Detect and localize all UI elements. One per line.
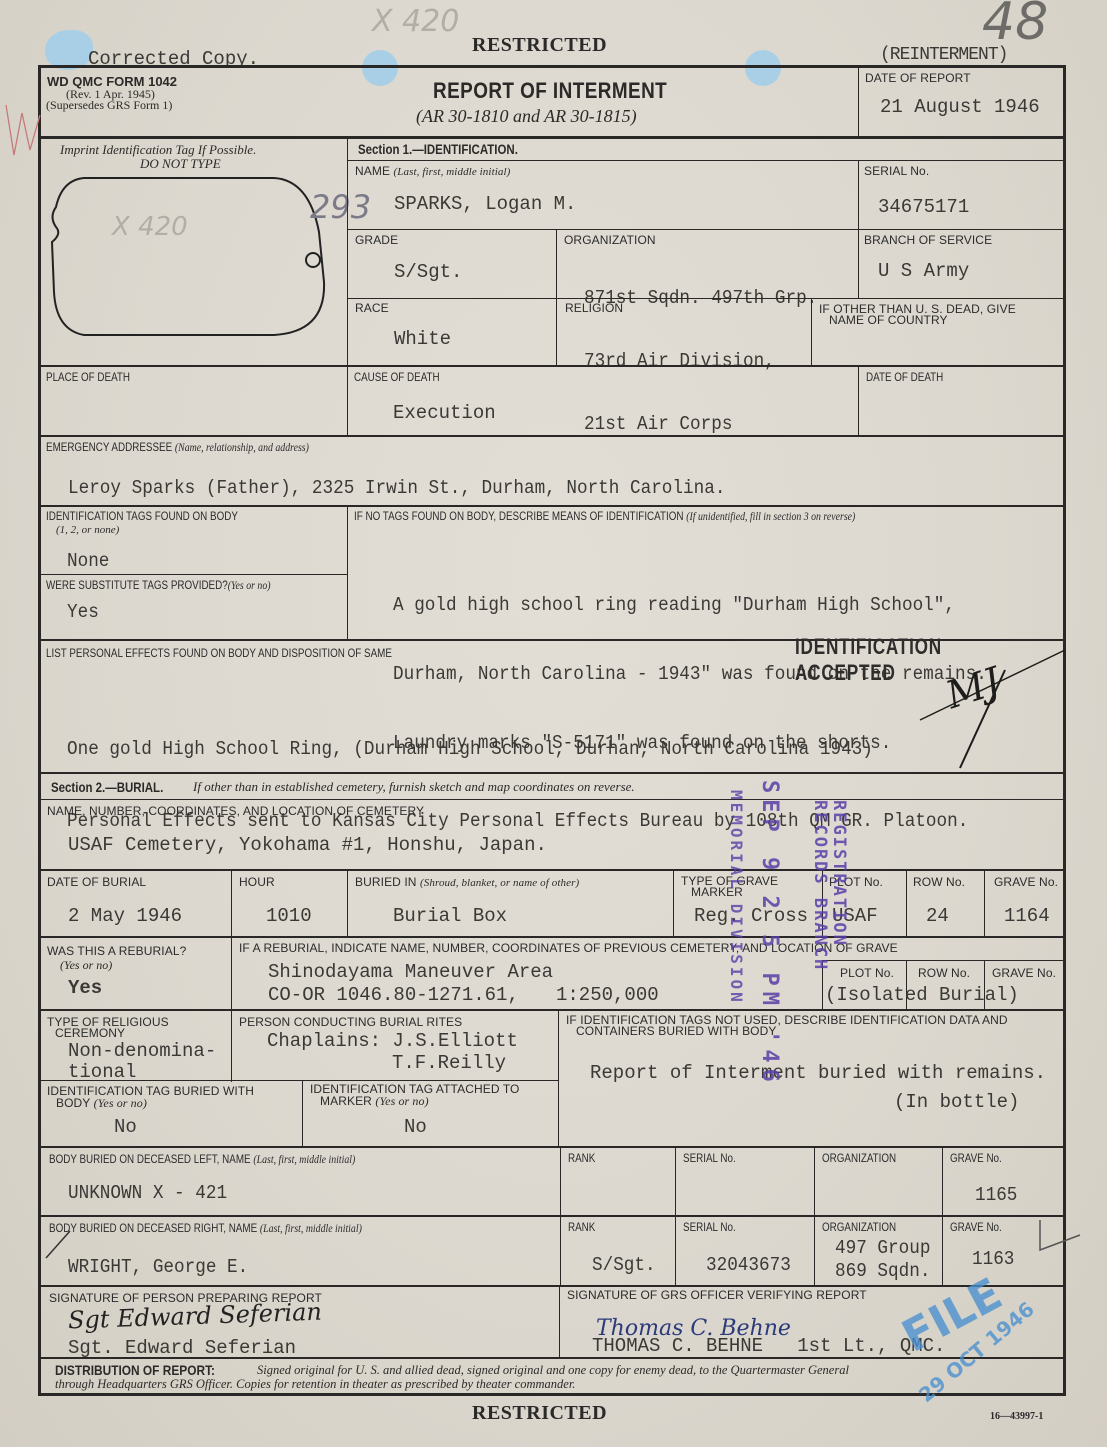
rule bbox=[40, 869, 1064, 871]
tags-not-used-label-2: CONTAINERS BURIED WITH BODY bbox=[576, 1025, 777, 1037]
ceremony-value: Non-denomina- tional bbox=[68, 1041, 216, 1083]
rule bbox=[40, 936, 1064, 938]
rule bbox=[858, 229, 859, 298]
divider-date-report bbox=[858, 67, 859, 137]
reburial-hint: (Yes or no) bbox=[60, 958, 112, 973]
outer-border-bottom bbox=[38, 1393, 1066, 1396]
religion-label: RELIGION bbox=[565, 302, 623, 314]
date-of-burial-label: DATE OF BURIAL bbox=[47, 876, 146, 888]
previous-cemetery-line1: Shinodayama Maneuver Area bbox=[268, 961, 553, 983]
registration-stamp-line1: REGISTRATION bbox=[829, 800, 849, 947]
left-body-label: BODY BURIED ON DECEASED LEFT, NAME (Last… bbox=[49, 1153, 355, 1165]
deceased-name: SPARKS, Logan M. bbox=[394, 193, 576, 215]
page-number-handwritten: 48 bbox=[982, 0, 1048, 52]
rule bbox=[40, 772, 1064, 774]
left-grave-label: GRAVE No. bbox=[950, 1152, 1002, 1164]
punch-hole-left bbox=[45, 30, 93, 70]
rule bbox=[560, 1216, 561, 1285]
rule bbox=[347, 366, 348, 435]
tags-found-label: IDENTIFICATION TAGS FOUND ON BODY bbox=[46, 510, 238, 522]
no-tags-label: IF NO TAGS FOUND ON BODY, DESCRIBE MEANS… bbox=[354, 510, 855, 522]
buried-in-label: BURIED IN (Shroud, blanket, or name of o… bbox=[355, 876, 579, 889]
pencil-x420-top: X 420 bbox=[372, 4, 459, 39]
preparer-typed-name: Sgt. Edward Seferian bbox=[68, 1337, 296, 1359]
restricted-top-label: RESTRICTED bbox=[472, 34, 607, 57]
tag-buried-label-2: BODY (Yes or no) bbox=[56, 1097, 147, 1109]
organization-line: 73rd Air Division, bbox=[584, 351, 817, 372]
officer-typed-name: THOMAS C. BEHNE 1st Lt., QMC. bbox=[592, 1335, 945, 1357]
grave-value: 1164 bbox=[1004, 905, 1050, 927]
distribution-heading: DISTRIBUTION OF REPORT: bbox=[55, 1362, 215, 1378]
right-body-name: WRIGHT, George E. bbox=[68, 1255, 248, 1279]
ceremony-line: Non-denomina- bbox=[68, 1041, 216, 1062]
emergency-label: EMERGENCY ADDRESSEE (Name, relationship,… bbox=[46, 441, 309, 453]
rites-line1: Chaplains: J.S.Elliott bbox=[267, 1030, 518, 1052]
row-value: 24 bbox=[926, 905, 949, 927]
race-value: White bbox=[394, 328, 451, 350]
grade-label: GRADE bbox=[355, 234, 398, 246]
left-serial-label: SERIAL No. bbox=[683, 1152, 736, 1164]
rule bbox=[40, 1285, 1064, 1287]
right-org-line1: 497 Group bbox=[835, 1236, 930, 1260]
place-of-death-label: PLACE OF DEATH bbox=[46, 371, 130, 383]
date-of-report-value: 21 August 1946 bbox=[880, 96, 1040, 118]
reburial-value: Yes bbox=[68, 977, 102, 999]
other-country-label-2: NAME OF COUNTRY bbox=[829, 314, 948, 326]
ceremony-label-2: CEREMONY bbox=[55, 1027, 125, 1039]
rule bbox=[858, 160, 859, 230]
outer-border-left bbox=[38, 65, 41, 1395]
rule bbox=[40, 799, 1064, 800]
section2-heading: Section 2.—BURIAL. bbox=[51, 779, 163, 795]
rule bbox=[822, 960, 1064, 961]
rule bbox=[40, 1215, 1064, 1217]
serial-value: 34675171 bbox=[878, 196, 969, 218]
marker-value: Reg. Cross bbox=[694, 905, 808, 927]
previous-cemetery-line2: CO-OR 1046.80-1271.61, bbox=[268, 984, 519, 1006]
checkmark-stroke-icon bbox=[900, 640, 1070, 770]
left-org-label: ORGANIZATION bbox=[822, 1152, 896, 1164]
left-body-name: UNKNOWN X - 421 bbox=[68, 1181, 227, 1205]
tag-marker-label-2: MARKER (Yes or no) bbox=[320, 1095, 429, 1107]
rule bbox=[858, 366, 859, 435]
date-of-burial-value: 2 May 1946 bbox=[68, 905, 182, 927]
form-supersedes: (Supersedes GRS Form 1) bbox=[46, 98, 172, 113]
substitute-tags-label: WERE SUBSTITUTE TAGS PROVIDED?(Yes or no… bbox=[46, 579, 271, 591]
cemetery-value: USAF Cemetery, Yokohama #1, Honshu, Japa… bbox=[68, 834, 547, 856]
tags-not-used-line1: Report of Interment buried with remains. bbox=[590, 1062, 1046, 1084]
right-grave-label: GRAVE No. bbox=[950, 1221, 1002, 1233]
registration-stamp-line2: RECORDS BRANCH bbox=[810, 800, 830, 971]
rule bbox=[558, 1010, 559, 1146]
rule bbox=[348, 229, 1063, 230]
identification-line: A gold high school ring reading "Durham … bbox=[393, 594, 987, 617]
organization-line: 21st Air Corps bbox=[584, 414, 817, 435]
grade-value: S/Sgt. bbox=[394, 261, 462, 283]
prev-row-label: ROW No. bbox=[918, 967, 970, 979]
rule bbox=[231, 937, 232, 1009]
cause-of-death-label: CAUSE OF DEATH bbox=[354, 371, 440, 383]
tags-not-used-line2: (In bottle) bbox=[894, 1091, 1019, 1113]
section2-note: If other than in established cemetery, f… bbox=[193, 779, 635, 795]
rule bbox=[40, 1146, 1064, 1148]
rule bbox=[231, 870, 232, 936]
restricted-bottom-label: RESTRICTED bbox=[472, 1402, 607, 1425]
rule bbox=[231, 1010, 232, 1082]
distribution-line2: through Headquarters GRS Officer. Copies… bbox=[55, 1377, 575, 1392]
punch-hole-center bbox=[362, 50, 398, 86]
rule bbox=[348, 298, 1063, 299]
right-body-label: BODY BURIED ON DECEASED RIGHT, NAME (Las… bbox=[49, 1222, 362, 1234]
rule bbox=[560, 1147, 561, 1215]
rule bbox=[40, 435, 1064, 437]
prev-grave-label: GRAVE No. bbox=[992, 967, 1056, 979]
name-label: NAME (Last, first, middle initial) bbox=[355, 165, 510, 178]
rule bbox=[559, 1286, 560, 1359]
rule bbox=[673, 870, 674, 936]
rites-line2: T.F.Reilly bbox=[392, 1052, 506, 1074]
hour-value: 1010 bbox=[266, 905, 312, 927]
date-of-death-label: DATE OF DEATH bbox=[866, 371, 943, 383]
rule bbox=[40, 1009, 1064, 1011]
outer-border-top bbox=[38, 65, 1065, 68]
serial-label: SERIAL No. bbox=[864, 165, 929, 177]
rule bbox=[40, 1080, 558, 1081]
right-org-line2: 869 Sqdn. bbox=[835, 1259, 930, 1283]
rites-label: PERSON CONDUCTING BURIAL RITES bbox=[239, 1016, 462, 1028]
branch-value: U S Army bbox=[878, 260, 969, 282]
race-label: RACE bbox=[355, 302, 389, 314]
date-of-report-label: DATE OF REPORT bbox=[865, 72, 971, 84]
right-rank-value: S/Sgt. bbox=[592, 1253, 656, 1277]
divider-tag-section bbox=[347, 137, 348, 365]
header-bottom-rule bbox=[40, 136, 1064, 139]
rule bbox=[347, 506, 348, 639]
tag-marker-value: No bbox=[404, 1116, 427, 1138]
form-title: REPORT OF INTERMENT bbox=[433, 78, 667, 104]
margin-red-mark-icon bbox=[0, 95, 50, 165]
left-rank-label: RANK bbox=[568, 1152, 595, 1164]
effects-line: One gold High School Ring, (Durham High … bbox=[67, 737, 968, 761]
emergency-addressee-value: Leroy Sparks (Father), 2325 Irwin St., D… bbox=[68, 476, 725, 500]
rule bbox=[302, 1080, 303, 1146]
pencil-x420-tag: X 420 bbox=[112, 212, 188, 242]
buried-in-value: Burial Box bbox=[393, 905, 507, 927]
right-rank-label: RANK bbox=[568, 1221, 595, 1233]
rule bbox=[906, 870, 907, 936]
memorial-division-stamp: MEMORIAL DIVISION bbox=[727, 790, 746, 1005]
organization-value: 871st Sqdn. 497th Grp. 73rd Air Division… bbox=[584, 246, 817, 477]
officer-signature-label: SIGNATURE OF GRS OFFICER VERIFYING REPOR… bbox=[567, 1289, 867, 1301]
row-label: ROW No. bbox=[913, 876, 965, 888]
do-not-type-note: DO NOT TYPE bbox=[140, 156, 221, 172]
form-page: Corrected Copy. X 420 RESTRICTED (REINTE… bbox=[0, 0, 1107, 1447]
previous-cemetery-scale: 1:250,000 bbox=[556, 984, 659, 1006]
dog-tag-outline-icon bbox=[44, 172, 334, 344]
reburial-label: WAS THIS A REBURIAL? bbox=[47, 945, 186, 957]
right-org-label: ORGANIZATION bbox=[822, 1221, 896, 1233]
rule bbox=[40, 365, 1064, 367]
received-date-stamp: SEP 9 2 5 PM '46 bbox=[757, 780, 782, 1088]
organization-label: ORGANIZATION bbox=[564, 234, 656, 246]
substitute-tags-value: Yes bbox=[67, 600, 99, 624]
cemetery-label: NAME, NUMBER, COORDINATES, AND LOCATION … bbox=[47, 805, 424, 817]
personal-effects-label: LIST PERSONAL EFFECTS FOUND ON BODY AND … bbox=[46, 647, 392, 659]
rule bbox=[40, 505, 1064, 507]
rule bbox=[556, 229, 557, 365]
tags-found-hint: (1, 2, or none) bbox=[56, 524, 119, 536]
hour-label: HOUR bbox=[239, 876, 275, 888]
check-mark-left-icon bbox=[40, 1228, 80, 1263]
right-serial-value: 32043673 bbox=[706, 1253, 791, 1277]
left-grave-value: 1165 bbox=[975, 1183, 1017, 1207]
rule bbox=[984, 870, 985, 936]
check-mark-icon bbox=[1025, 1215, 1085, 1275]
pencil-margin-number: 293 bbox=[310, 188, 371, 226]
rule bbox=[40, 1357, 1064, 1359]
rule bbox=[40, 574, 347, 575]
rule bbox=[348, 160, 1063, 161]
rule bbox=[811, 298, 812, 365]
right-serial-label: SERIAL No. bbox=[683, 1221, 736, 1233]
prev-plot-label: PLOT No. bbox=[840, 967, 894, 979]
rule bbox=[347, 870, 348, 936]
previous-cemetery-label: IF A REBURIAL, INDICATE NAME, NUMBER, CO… bbox=[239, 942, 898, 954]
tag-buried-value: No bbox=[114, 1116, 137, 1138]
cause-of-death-value: Execution bbox=[393, 402, 496, 424]
form-subtitle: (AR 30-1810 and AR 30-1815) bbox=[416, 106, 637, 127]
prev-grave-value: (Isolated Burial) bbox=[825, 984, 1019, 1006]
distribution-line1: Signed original for U. S. and allied dea… bbox=[257, 1363, 849, 1378]
tags-found-value: None bbox=[67, 549, 109, 573]
print-code: 16—43997-1 bbox=[990, 1411, 1043, 1422]
punch-hole-right bbox=[745, 50, 781, 86]
grave-label: GRAVE No. bbox=[994, 876, 1058, 888]
section1-heading: Section 1.—IDENTIFICATION. bbox=[358, 141, 518, 157]
right-grave-value: 1163 bbox=[972, 1247, 1014, 1271]
branch-label: BRANCH OF SERVICE bbox=[864, 234, 992, 246]
